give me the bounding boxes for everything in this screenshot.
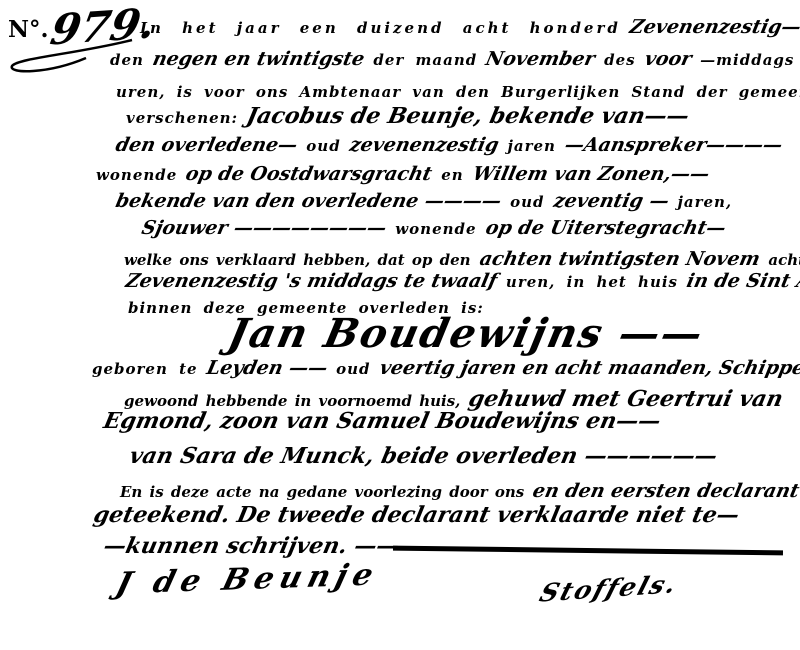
form-line-mother: van Sara de Munck, beide overleden —————… bbox=[126, 443, 721, 469]
handwritten-closing-1: en den eersten declarant bbox=[531, 480, 800, 502]
handwritten-mother-line: van Sara de Munck, beide overleden —————… bbox=[127, 443, 719, 469]
printed-middags-te: —middags te bbox=[700, 51, 800, 69]
printed-year-phrase: In het jaar een duizend acht honderd bbox=[140, 19, 621, 37]
handwritten-relation2: bekende van den overledene ———— bbox=[114, 190, 504, 212]
handwritten-daypart: voor bbox=[642, 48, 693, 70]
printed-declaration-phrase: welke ons verklaard hebben, dat op den bbox=[124, 251, 471, 269]
form-line-declarant1-age: den overledene— oud zevenenzestig jaren … bbox=[112, 134, 786, 156]
form-line-closing2: geteekend. De tweede declarant verklaard… bbox=[90, 502, 743, 528]
death-certificate-page: N°. 979. In het jaar een duizend acht ho… bbox=[0, 0, 800, 650]
printed-oud-1: oud bbox=[306, 137, 340, 155]
form-line-declarant2-address: Sjouwer ———————— wonende op de Uitersteg… bbox=[138, 217, 729, 239]
handwritten-year: Zevenenzestig—— bbox=[628, 16, 800, 38]
printed-geboren-te: geboren te bbox=[92, 360, 198, 378]
handwritten-death-street: in de Sint Aagtenstraat bbox=[685, 270, 800, 292]
form-line-deceased-birth: geboren te Leyden —— oud veertig jaren e… bbox=[92, 357, 800, 379]
printed-jaren-2: jaren, bbox=[677, 193, 732, 211]
printed-wonende-1: wonende bbox=[96, 166, 177, 184]
handwritten-age1: zevenenzestig bbox=[347, 134, 500, 156]
signature-registrar: Stoffels. bbox=[536, 569, 682, 607]
form-line-year: In het jaar een duizend acht honderd Zev… bbox=[140, 16, 800, 38]
handwritten-death-date: achten twintigsten Novem bbox=[477, 248, 761, 270]
crease-line bbox=[393, 546, 783, 556]
form-line-parents: Egmond, zoon van Samuel Boudewijns en—— bbox=[100, 408, 664, 434]
form-line-death-time: Zevenenzestig 's middags te twaalf uren,… bbox=[122, 270, 800, 292]
handwritten-declarant1-name: Jacobus de Beunje, bekende van—— bbox=[244, 103, 691, 129]
handwritten-occupation1: —Aanspreker———— bbox=[563, 134, 785, 156]
printed-jaren-1: jaren bbox=[507, 137, 556, 155]
signature-declarant: J de Beunje bbox=[112, 557, 382, 601]
handwritten-birthplace: Leyden —— bbox=[204, 357, 329, 379]
handwritten-day: negen en twintigste bbox=[151, 48, 367, 70]
handwritten-relation1: den overledene— bbox=[114, 134, 300, 156]
handwritten-death-year-time: Zevenenzestig 's middags te twaalf bbox=[124, 270, 500, 292]
printed-uren-huis: uren, in het huis bbox=[506, 273, 678, 291]
form-line-closing1: En is deze acte na gedane voorlezing doo… bbox=[120, 480, 800, 502]
handwritten-address1: op de Oostdwarsgracht bbox=[184, 163, 434, 185]
handwritten-age2: zeventig — bbox=[551, 190, 670, 212]
form-line-registrar: uren, is voor ons Ambtenaar van den Burg… bbox=[116, 82, 800, 101]
printed-wonende-2: wonende bbox=[395, 220, 476, 238]
handwritten-declarant2-name: Willem van Zonen,—— bbox=[470, 163, 711, 185]
form-line-declarant2: wonende op de Oostdwarsgracht en Willem … bbox=[96, 163, 713, 185]
printed-verschenen: verschenen: bbox=[126, 109, 238, 127]
form-line-declarant1: verschenen: Jacobus de Beunje, bekende v… bbox=[126, 103, 693, 129]
form-line-closing3: —kunnen schrijven. —— bbox=[100, 533, 403, 559]
handwritten-spouse-parents: Egmond, zoon van Samuel Boudewijns en—— bbox=[101, 408, 663, 434]
form-line-declaration: welke ons verklaard hebben, dat op den a… bbox=[124, 248, 800, 270]
printed-des: des bbox=[604, 51, 635, 69]
form-line-date: den negen en twintigste der maand Novemb… bbox=[110, 48, 800, 70]
handwritten-deceased-age: veertig jaren en acht maanden, Schipper bbox=[377, 357, 800, 379]
form-line-declarant2-age: bekende van den overledene ———— oud zeve… bbox=[112, 190, 732, 212]
printed-en: en bbox=[441, 166, 463, 184]
handwritten-deceased-name: Jan Boudewijns —— bbox=[224, 310, 708, 357]
handwritten-month: November bbox=[484, 48, 597, 70]
printed-registrar-line: uren, is voor ons Ambtenaar van den Burg… bbox=[116, 83, 800, 101]
printed-oud-3: oud bbox=[336, 360, 370, 378]
printed-achttien-honderd: achttien honderd bbox=[768, 251, 800, 269]
printed-der-maand: der maand bbox=[373, 51, 477, 69]
handwritten-occupation2: Sjouwer ———————— bbox=[140, 217, 389, 239]
handwritten-closing-2: geteekend. De tweede declarant verklaard… bbox=[91, 502, 741, 528]
printed-oud-2: oud bbox=[510, 193, 544, 211]
printed-closing-line: En is deze acte na gedane voorlezing doo… bbox=[120, 483, 524, 501]
handwritten-address2: op de Uiterstegracht— bbox=[483, 217, 727, 239]
handwritten-closing-3: —kunnen schrijven. —— bbox=[101, 533, 401, 559]
printed-den: den bbox=[110, 51, 144, 69]
form-line-deceased-name: Jan Boudewijns —— bbox=[225, 310, 707, 357]
